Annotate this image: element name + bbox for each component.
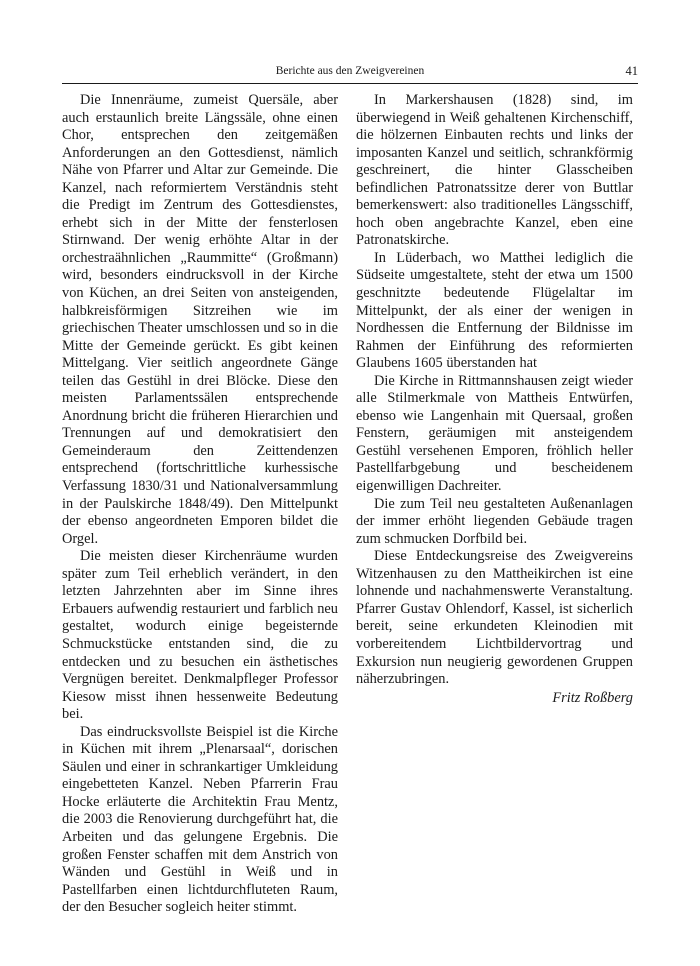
running-header: Berichte aus den Zweigvereinen 41 <box>62 63 638 84</box>
paragraph: Die zum Teil neu gestalteten Außenanlage… <box>356 496 633 549</box>
paragraph: Die Innenräume, zumeist Quersäle, aber a… <box>62 92 338 548</box>
left-column: Die Innenräume, zumeist Quersäle, aber a… <box>62 92 338 917</box>
paragraph: In Lüderbach, wo Matthei lediglich die S… <box>356 250 633 373</box>
page-number: 41 <box>626 64 639 79</box>
running-title: Berichte aus den Zweigvereinen <box>62 65 638 77</box>
paragraph: Diese Entdeckungsreise des Zweigvereins … <box>356 548 633 688</box>
paragraph: Die meisten dieser Kirchenräume wurden s… <box>62 548 338 723</box>
right-column: In Markershausen (1828) sind, im überwie… <box>356 92 633 707</box>
paragraph: Die Kirche in Rittmannshausen zeigt wied… <box>356 373 633 496</box>
paragraph: Das eindrucksvollste Beispiel ist die Ki… <box>62 724 338 917</box>
author-signature: Fritz Roßberg <box>356 690 633 708</box>
paragraph: In Markershausen (1828) sind, im überwie… <box>356 92 633 250</box>
